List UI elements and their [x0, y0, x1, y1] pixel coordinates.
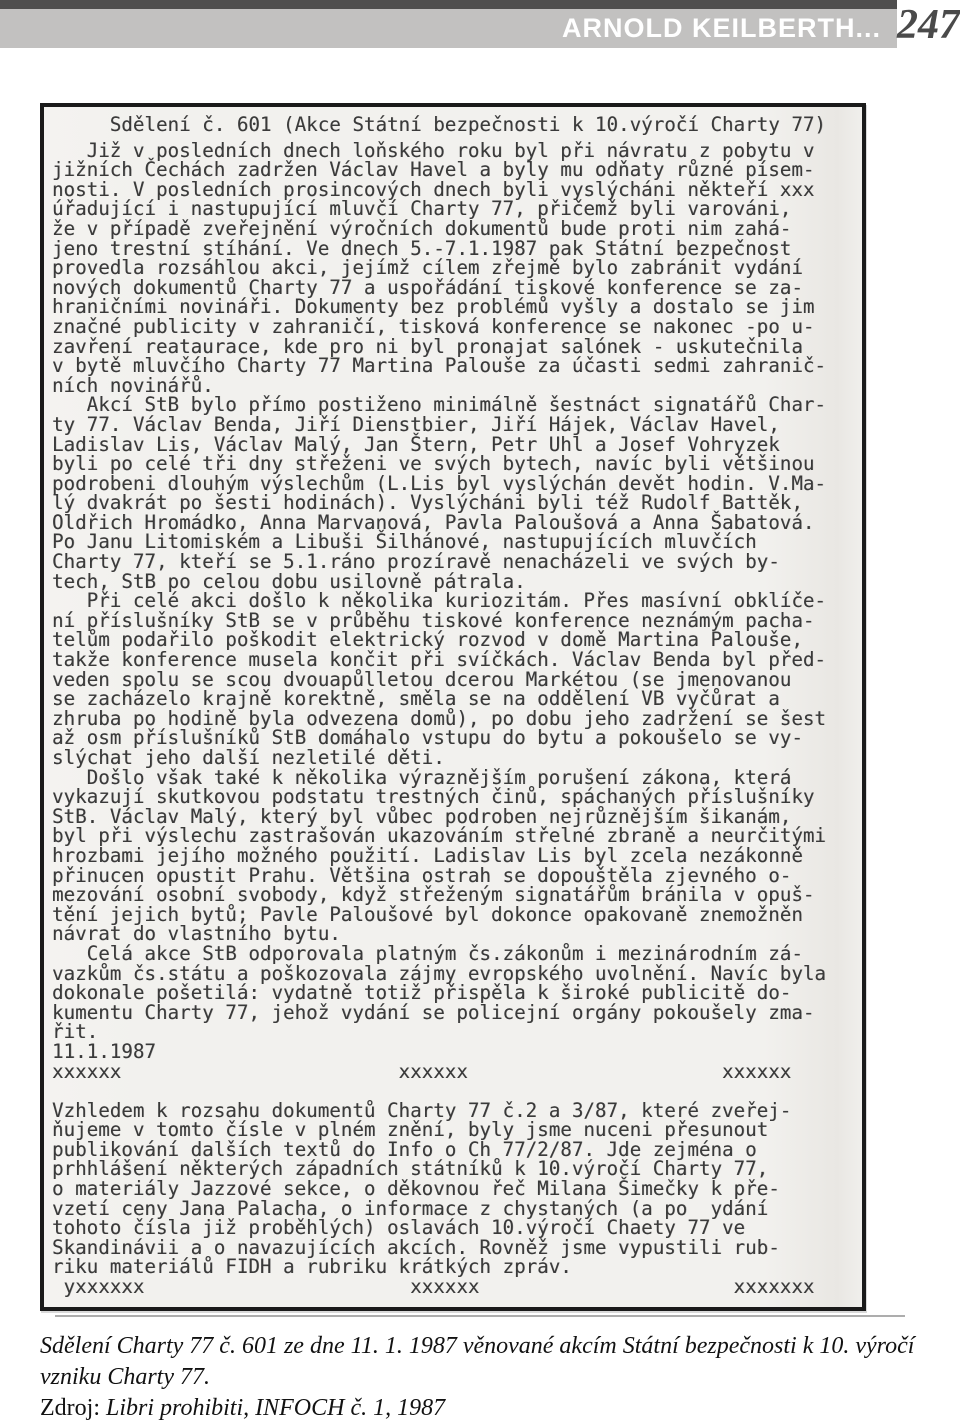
- header-top-strip: [0, 0, 897, 9]
- typewriter-line: mezování osobní svobody, když střeženým …: [52, 885, 862, 905]
- typewriter-line: provedla rozsáhlou akci, jejímž cílem zř…: [52, 258, 862, 278]
- page-body: Sdělení č. 601 (Akce Státní bezpečnosti …: [0, 103, 960, 1424]
- typewriter-text: Sdělení č. 601 (Akce Státní bezpečnosti …: [52, 115, 862, 1297]
- typewriter-line: návrat do vlastního bytu.: [52, 924, 862, 944]
- typewriter-line: značné publicity v zahraničí, tisková ko…: [52, 317, 862, 337]
- typewriter-line: vykazují skutkovou podstatu trestných či…: [52, 787, 862, 807]
- typewriter-line: v bytě mluvčího Charty 77 Martina Palouš…: [52, 356, 862, 376]
- typewriter-line: Akcí StB bylo přímo postiženo minimálně …: [52, 395, 862, 415]
- typewriter-line: jižních Čechách zadržen Václav Havel a b…: [52, 160, 862, 180]
- typewriter-line: Charty 77, kteří se 5.1.ráno prozíravě n…: [52, 552, 862, 572]
- typewriter-line: o materiály Jazzové sekce, o děkovnou ře…: [52, 1179, 862, 1199]
- typewriter-line: 11.1.1987: [52, 1042, 862, 1062]
- page: { "header": { "title": "ARNOLD KEILBERTH…: [0, 0, 960, 1428]
- caption-description: Sdělení Charty 77 č. 601 ze dne 11. 1. 1…: [40, 1331, 920, 1393]
- caption-line-2: vzniku Charty 77.: [40, 1364, 210, 1390]
- caption-line-1: Sdělení Charty 77 č. 601 ze dne 11. 1. 1…: [40, 1333, 914, 1359]
- typewriter-line: kumentu Charty 77, jehož vydání se polic…: [52, 1003, 862, 1023]
- page-number: 247: [897, 2, 960, 48]
- typewriter-line: Celá akce StB odporovala platným čs.záko…: [52, 944, 862, 964]
- page-header: ARNOLD KEILBERTH... 247: [0, 0, 960, 48]
- caption: Sdělení Charty 77 č. 601 ze dne 11. 1. 1…: [40, 1331, 920, 1424]
- scanned-document: Sdělení č. 601 (Akce Státní bezpečnosti …: [40, 103, 866, 1311]
- header-title: ARNOLD KEILBERTH...: [562, 13, 881, 44]
- caption-divider: [55, 1315, 905, 1317]
- typewriter-line: Sdělení č. 601 (Akce Státní bezpečnosti …: [52, 115, 862, 135]
- typewriter-line: že v případě zveřejnění výročních dokume…: [52, 219, 862, 239]
- typewriter-line: řit.: [52, 1022, 862, 1042]
- typewriter-line: ty 77. Václav Benda, Jiří Dienstbier, Ji…: [52, 415, 862, 435]
- typewriter-line: se zacházelo krajně korektně, směla se n…: [52, 689, 862, 709]
- typewriter-line: lý dvakrát po šesti hodinách). Vyslýchán…: [52, 493, 862, 513]
- typewriter-line: [52, 1081, 862, 1101]
- typewriter-line: Při celé akci došlo k několika kuriozitá…: [52, 591, 862, 611]
- source-text: Libri prohibiti, INFOCH č. 1, 1987: [106, 1395, 445, 1421]
- typewriter-line: byli po celé tři dny střeženi ve svých b…: [52, 454, 862, 474]
- typewriter-line: xxxxxx xxxxxx xxxxxx: [52, 1062, 862, 1082]
- typewriter-line: hrozbami jejího možného použití. Ladisla…: [52, 846, 862, 866]
- typewriter-line: yxxxxxx xxxxxx xxxxxxx: [52, 1277, 862, 1297]
- typewriter-line: slýchat jeho další nezletilé děti.: [52, 748, 862, 768]
- typewriter-line: dokonale pošetilá: vydatně totiž přispěl…: [52, 983, 862, 1003]
- source-label: Zdroj:: [40, 1395, 100, 1421]
- typewriter-line: hraničními novináři. Dokumenty bez probl…: [52, 297, 862, 317]
- typewriter-line: takže konference musela končit při svíčk…: [52, 650, 862, 670]
- header-bar: ARNOLD KEILBERTH...: [0, 9, 897, 48]
- typewriter-line: ňujeme v tomto čísle v plném znění, byly…: [52, 1120, 862, 1140]
- typewriter-line: tohoto čísla již proběhlých) oslavách 10…: [52, 1218, 862, 1238]
- caption-source: Zdroj: Libri prohibiti, INFOCH č. 1, 198…: [40, 1393, 920, 1424]
